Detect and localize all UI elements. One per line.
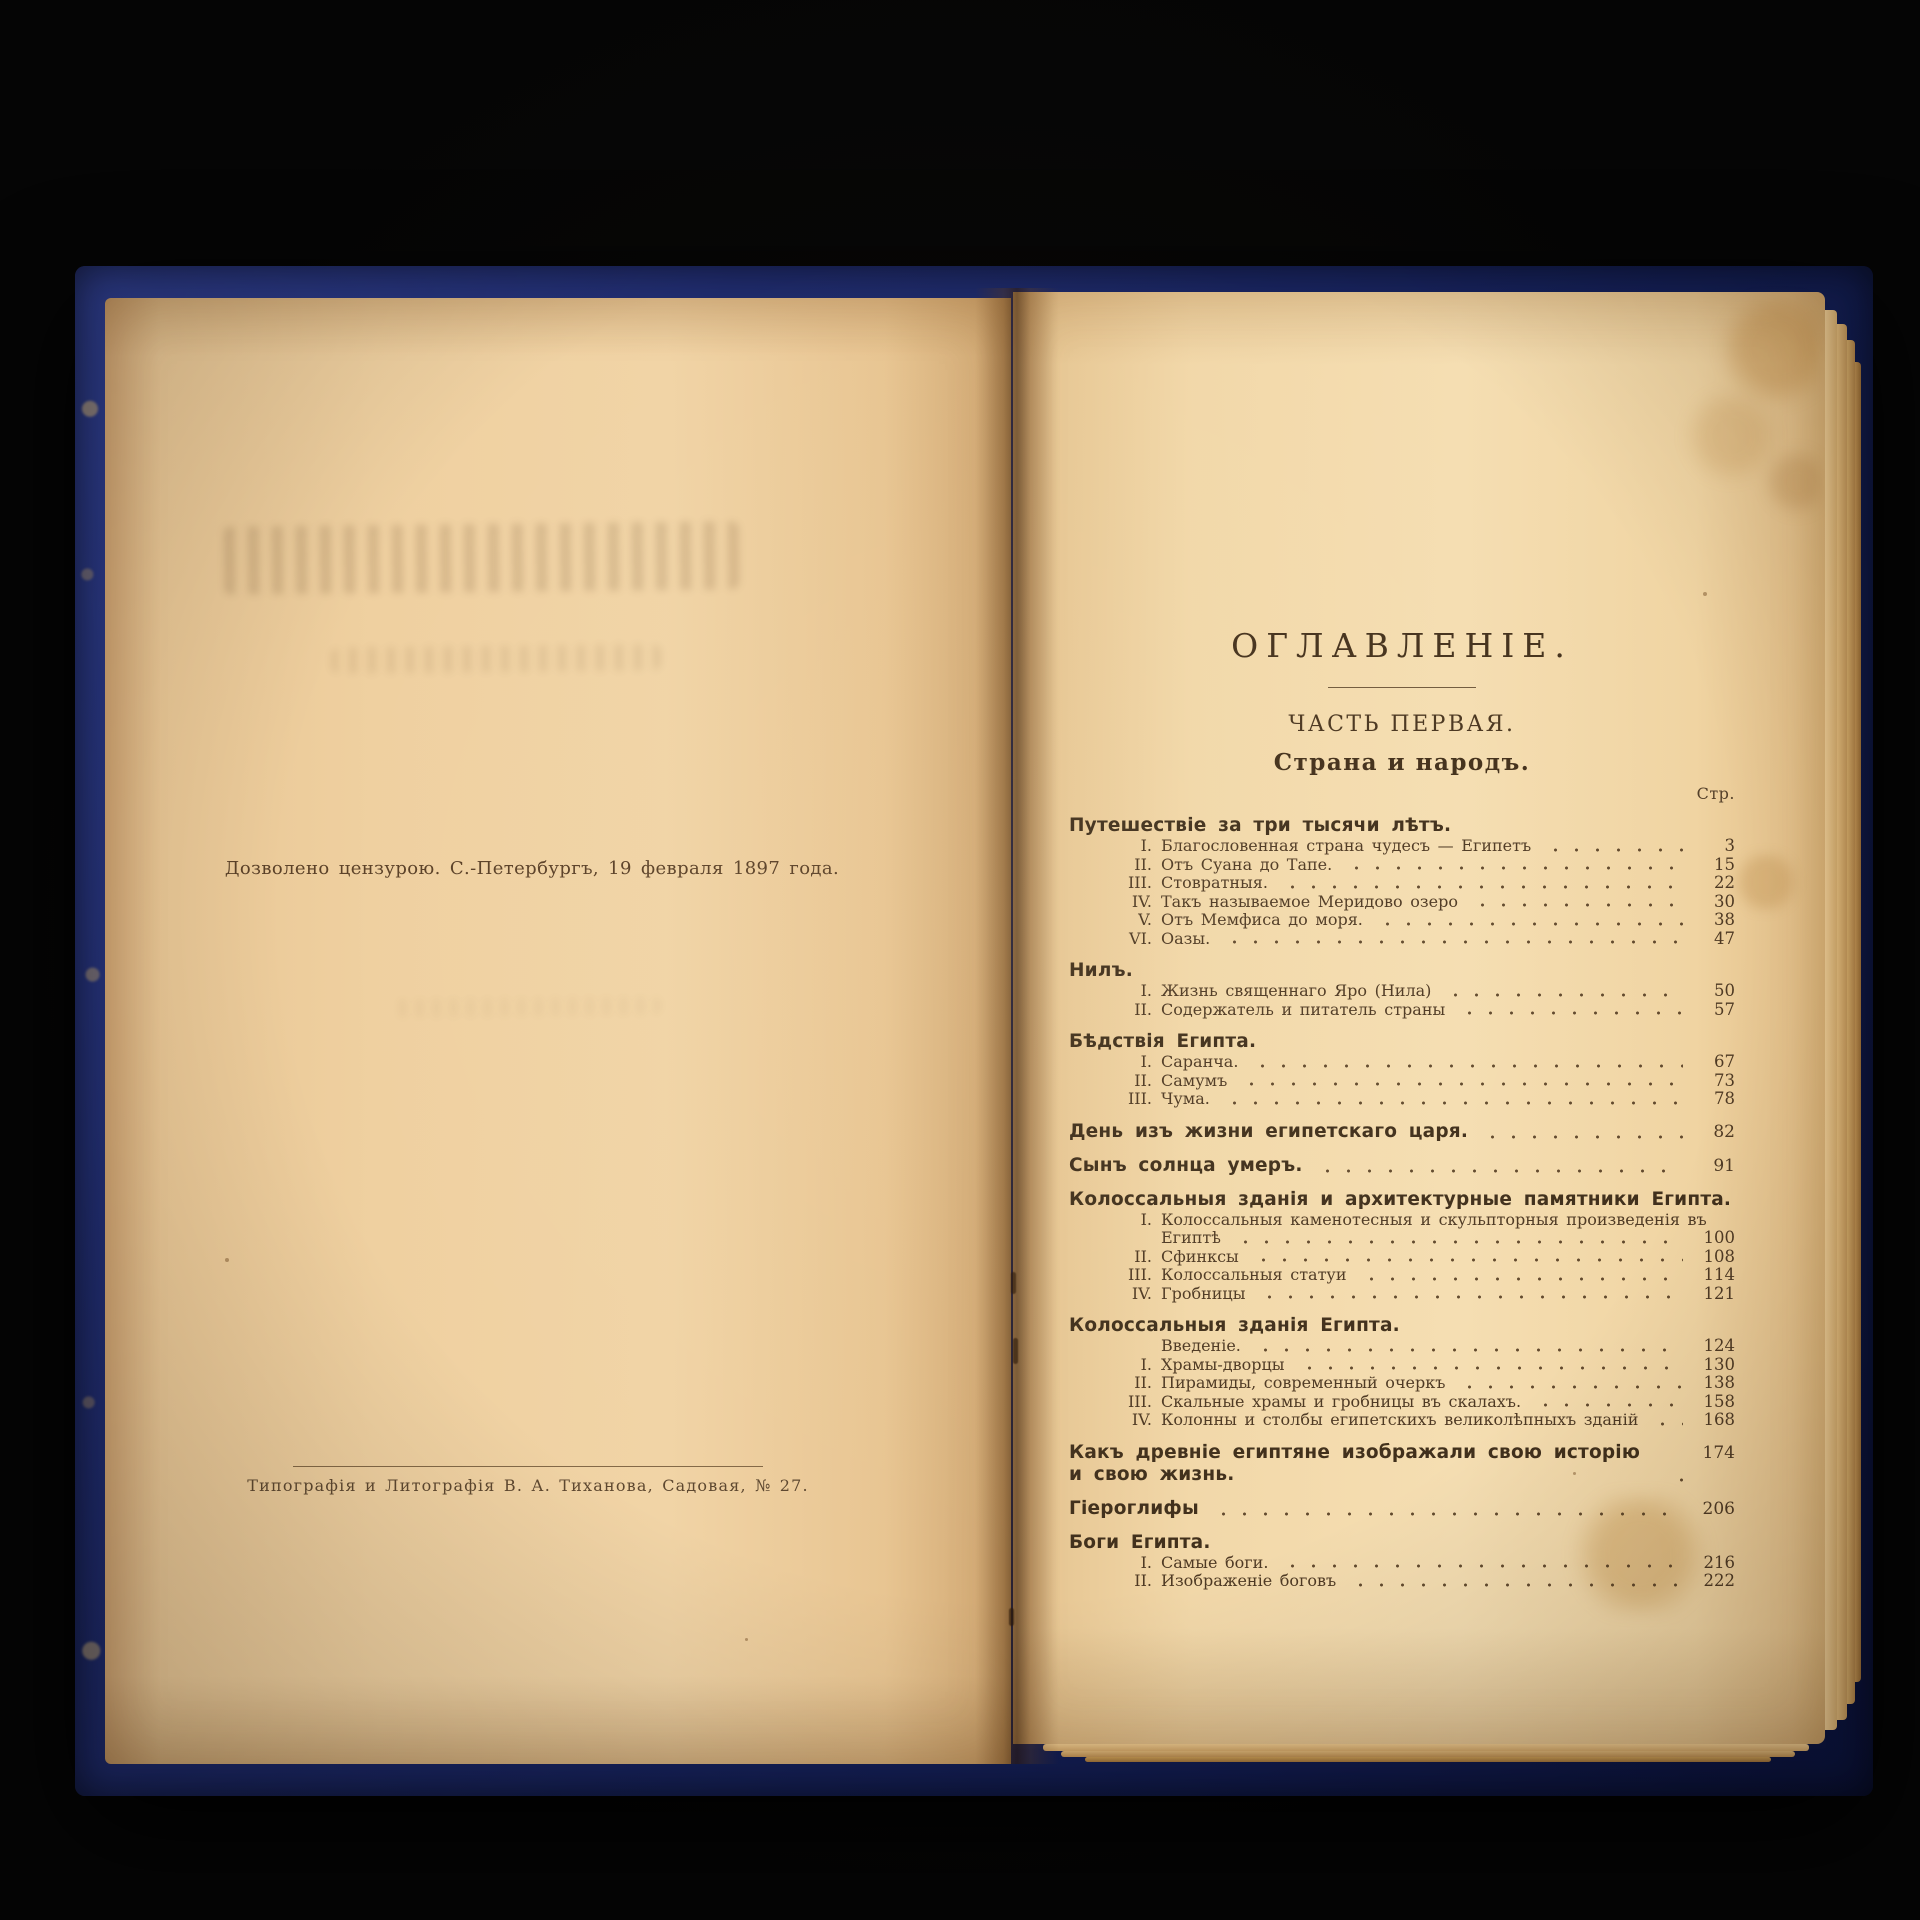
page-stack-right-edge: [1825, 310, 1863, 1730]
toc-heading-row: Гіероглифы206: [1069, 1498, 1735, 1520]
toc-heading-row: День изъ жизни египетскаго царя.82: [1069, 1121, 1735, 1143]
binding-stitch: [1009, 1608, 1014, 1626]
dot-leader: [1541, 847, 1683, 853]
toc-entry-numeral: V.: [1069, 911, 1161, 930]
toc-section: Колоссальныя зданія и архитектурные памя…: [1069, 1189, 1735, 1304]
toc-section-heading: Сынъ солнца умеръ.: [1069, 1155, 1303, 1177]
toc-entry: II.Сфинксы108: [1069, 1248, 1735, 1267]
toc-entry: II.Отъ Суана до Тапе.15: [1069, 856, 1735, 875]
toc-section: Нилъ.I.Жизнь священнаго Яро (Нила)50II.С…: [1069, 960, 1735, 1019]
toc-entry-continuation: Египтѣ100: [1069, 1229, 1735, 1248]
toc-page-number: 38: [1689, 911, 1735, 930]
toc-page-number: 158: [1689, 1393, 1735, 1412]
bleedthrough-subtitle: [331, 644, 661, 673]
toc-entry: I.Самые боги.216: [1069, 1554, 1735, 1573]
toc-entry-label: Такъ называемое Меридово озеро: [1161, 893, 1458, 912]
toc-entry-numeral: I.: [1069, 1554, 1161, 1573]
dot-leader: [1667, 1477, 1683, 1483]
toc-page-number: 78: [1689, 1090, 1735, 1109]
toc-sections: Путешествіе за три тысячи лѣтъ.I.Благосл…: [1069, 815, 1735, 1591]
dot-leader: [1313, 1168, 1683, 1174]
dot-leader: [1220, 939, 1683, 945]
imprint: Типографія и Литографія В. А. Тиханова, …: [105, 1466, 1011, 1495]
toc-entry-numeral: I.: [1069, 1211, 1161, 1230]
toc-entry-numeral: II.: [1069, 1374, 1161, 1393]
toc-entry: III.Чума.78: [1069, 1090, 1735, 1109]
toc-entry: Введеніе.124: [1069, 1337, 1735, 1356]
toc-entry-label: Скальные храмы и гробницы въ скалахъ.: [1161, 1393, 1521, 1412]
toc-entry: VI.Оазы.47: [1069, 930, 1735, 949]
toc-page-number: 108: [1689, 1248, 1735, 1267]
dot-leader: [1209, 1511, 1683, 1517]
toc-page-number: 222: [1689, 1572, 1735, 1591]
dot-leader: [1295, 1365, 1683, 1371]
toc-entry: II.Пирамиды, современный очеркъ138: [1069, 1374, 1735, 1393]
imprint-line: Типографія и Литографія В. А. Тиханова, …: [105, 1476, 951, 1495]
dot-leader: [1248, 1063, 1683, 1069]
toc-entry-numeral: III.: [1069, 874, 1161, 893]
photo-background: Дозволено цензурою. С.-Петербургъ, 19 фе…: [0, 0, 1920, 1920]
toc-entry-numeral: I.: [1069, 1053, 1161, 1072]
toc-entry-label: Жизнь священнаго Яро (Нила): [1161, 982, 1431, 1001]
toc-section-heading: Боги Египта.: [1069, 1532, 1735, 1554]
dot-leader: [1478, 1134, 1683, 1140]
toc-section-heading: Бѣдствія Египта.: [1069, 1031, 1735, 1053]
toc-section-heading: Какъ древніе египтяне изображали свою ис…: [1069, 1442, 1657, 1486]
toc-section: Боги Египта.I.Самые боги.216II.Изображен…: [1069, 1532, 1735, 1591]
toc-page-number: 57: [1689, 1001, 1735, 1020]
page-stack-bottom-edge: [1035, 1744, 1815, 1770]
toc-page-number: 130: [1689, 1356, 1735, 1375]
dot-leader: [1278, 884, 1683, 890]
toc-page-number: 82: [1689, 1122, 1735, 1142]
toc-page-number: 67: [1689, 1053, 1735, 1072]
toc-entry-numeral: III.: [1069, 1393, 1161, 1412]
toc-section: Путешествіе за три тысячи лѣтъ.I.Благосл…: [1069, 815, 1735, 948]
toc-section-heading: День изъ жизни египетскаго царя.: [1069, 1121, 1468, 1143]
toc-entry-numeral: II.: [1069, 1572, 1161, 1591]
dot-leader: [1237, 1081, 1683, 1087]
toc-entry-numeral: III.: [1069, 1266, 1161, 1285]
dot-leader: [1251, 1347, 1683, 1353]
dot-leader: [1373, 921, 1683, 927]
toc-section-heading: Нилъ.: [1069, 960, 1735, 982]
toc-entry: II.Самумъ73: [1069, 1072, 1735, 1091]
toc-page-number: 15: [1689, 856, 1735, 875]
toc-entry-label: Саранча.: [1161, 1053, 1238, 1072]
cover-wear-marks: [77, 326, 103, 1706]
dot-leader: [1455, 1384, 1683, 1390]
binding-stitch: [1013, 1338, 1018, 1364]
book: Дозволено цензурою. С.-Петербургъ, 19 фе…: [75, 266, 1873, 1796]
toc-entry-numeral: IV.: [1069, 1285, 1161, 1304]
toc-section: Колоссальныя зданія Египта.Введеніе.124I…: [1069, 1315, 1735, 1430]
page-speck: [745, 1638, 748, 1641]
dot-leader: [1346, 1582, 1683, 1588]
toc-entry-label: Колоссальныя каменотесныя и скульпторныя…: [1161, 1211, 1707, 1230]
toc-entry-label: Храмы-дворцы: [1161, 1356, 1285, 1375]
toc-page-number: 124: [1689, 1337, 1735, 1356]
toc-page-number: 138: [1689, 1374, 1735, 1393]
toc-section: Сынъ солнца умеръ.91: [1069, 1155, 1735, 1177]
page-speck: [1703, 592, 1707, 596]
toc-entry-numeral: I.: [1069, 837, 1161, 856]
table-of-contents: ОГЛАВЛЕНІЕ. ЧАСТЬ ПЕРВАЯ. Страна и народ…: [1069, 626, 1735, 1591]
toc-entry-label: Чума.: [1161, 1090, 1210, 1109]
toc-entry-label: Стовратныя.: [1161, 874, 1268, 893]
toc-page-number: 91: [1689, 1156, 1735, 1176]
toc-section: Бѣдствія Египта.I.Саранча.67II.Самумъ73I…: [1069, 1031, 1735, 1109]
toc-page-number: 168: [1689, 1411, 1735, 1430]
toc-page-number: 47: [1689, 930, 1735, 949]
toc-entry: III.Колоссальныя статуи114: [1069, 1266, 1735, 1285]
toc-section-heading: Путешествіе за три тысячи лѣтъ.: [1069, 815, 1735, 837]
dot-leader: [1357, 1276, 1683, 1282]
bleedthrough-line: [391, 997, 661, 1018]
toc-page-number: 174: [1689, 1443, 1735, 1463]
toc-entry-label: Сфинксы: [1161, 1248, 1239, 1267]
page-stain: [1621, 298, 1821, 528]
imprint-rule: [293, 1466, 763, 1467]
toc-entry-label: Самумъ: [1161, 1072, 1227, 1091]
toc-entry: II.Изображеніе боговъ222: [1069, 1572, 1735, 1591]
toc-entry-numeral: VI.: [1069, 930, 1161, 949]
toc-entry: IV.Такъ называемое Меридово озеро30: [1069, 893, 1735, 912]
toc-entry-label: Пирамиды, современный очеркъ: [1161, 1374, 1445, 1393]
page-stain: [1731, 852, 1801, 912]
toc-entry-numeral: IV.: [1069, 1411, 1161, 1430]
toc-section-heading: Колоссальныя зданія Египта.: [1069, 1315, 1735, 1337]
dot-leader: [1468, 902, 1683, 908]
toc-page-number: 50: [1689, 982, 1735, 1001]
part-subheading: Страна и народъ.: [1069, 749, 1735, 776]
toc-entry-label: Колонны и столбы египетскихъ великолѣпны…: [1161, 1411, 1638, 1430]
toc-entry: V.Отъ Мемфиса до моря.38: [1069, 911, 1735, 930]
toc-entry-numeral: II.: [1069, 1248, 1161, 1267]
toc-section: День изъ жизни египетскаго царя.82: [1069, 1121, 1735, 1143]
dot-leader: [1220, 1100, 1683, 1106]
toc-title: ОГЛАВЛЕНІЕ.: [1069, 626, 1735, 665]
toc-entry-label: Содержатель и питатель страны: [1161, 1001, 1445, 1020]
toc-entry-label: Введеніе.: [1161, 1337, 1241, 1356]
bleedthrough-title: [223, 521, 740, 594]
toc-entry-label: Отъ Мемфиса до моря.: [1161, 911, 1363, 930]
toc-entry: I.Храмы-дворцы130: [1069, 1356, 1735, 1375]
dot-leader: [1455, 1010, 1683, 1016]
dot-leader: [1249, 1257, 1683, 1263]
toc-entry-label: Благословенная страна чудесъ — Египетъ: [1161, 837, 1531, 856]
dot-leader: [1255, 1294, 1683, 1300]
toc-page-number: 100: [1689, 1229, 1735, 1248]
toc-entry-label: Оазы.: [1161, 930, 1210, 949]
title-divider-rule: [1328, 687, 1476, 688]
toc-page-number: 30: [1689, 893, 1735, 912]
part-heading: ЧАСТЬ ПЕРВАЯ.: [1069, 712, 1735, 737]
toc-section-heading: Колоссальныя зданія и архитектурные памя…: [1069, 1189, 1735, 1211]
toc-section: Какъ древніе египтяне изображали свою ис…: [1069, 1442, 1735, 1486]
dot-leader: [1531, 1402, 1683, 1408]
censor-line: Дозволено цензурою. С.-Петербургъ, 19 фе…: [105, 858, 1011, 879]
toc-section: Гіероглифы206: [1069, 1498, 1735, 1520]
toc-entry-label: Изображеніе боговъ: [1161, 1572, 1336, 1591]
toc-heading-row: Сынъ солнца умеръ.91: [1069, 1155, 1735, 1177]
toc-entry-label: Самые боги.: [1161, 1554, 1268, 1573]
toc-page-number: 22: [1689, 874, 1735, 893]
toc-entry-label: Гробницы: [1161, 1285, 1245, 1304]
binding-stitch: [1011, 1272, 1016, 1294]
toc-entry: I.Жизнь священнаго Яро (Нила)50: [1069, 982, 1735, 1001]
toc-entry-numeral: II.: [1069, 1001, 1161, 1020]
toc-entry: II.Содержатель и питатель страны57: [1069, 1001, 1735, 1020]
toc-entry-numeral: I.: [1069, 982, 1161, 1001]
toc-entry-label: Колоссальныя статуи: [1161, 1266, 1347, 1285]
toc-entry: I.Колоссальныя каменотесныя и скульпторн…: [1069, 1211, 1735, 1230]
toc-entry: IV.Колонны и столбы египетскихъ великолѣ…: [1069, 1411, 1735, 1430]
toc-entry-numeral: III.: [1069, 1090, 1161, 1109]
toc-entry-label: Египтѣ: [1161, 1229, 1221, 1248]
dot-leader: [1648, 1421, 1683, 1427]
toc-section-heading: Гіероглифы: [1069, 1498, 1199, 1520]
right-page: ОГЛАВЛЕНІЕ. ЧАСТЬ ПЕРВАЯ. Страна и народ…: [1013, 292, 1825, 1744]
toc-entry-numeral: I.: [1069, 1356, 1161, 1375]
toc-page-number: 114: [1689, 1266, 1735, 1285]
toc-entry-numeral: II.: [1069, 1072, 1161, 1091]
toc-entry-label: Отъ Суана до Тапе.: [1161, 856, 1332, 875]
toc-page-number: 121: [1689, 1285, 1735, 1304]
toc-entry: I.Благословенная страна чудесъ — Египетъ…: [1069, 837, 1735, 856]
toc-entry: IV.Гробницы121: [1069, 1285, 1735, 1304]
dot-leader: [1342, 865, 1683, 871]
left-page: Дозволено цензурою. С.-Петербургъ, 19 фе…: [105, 298, 1011, 1764]
toc-heading-row: Какъ древніе египтяне изображали свою ис…: [1069, 1442, 1735, 1486]
toc-page-number: 3: [1689, 837, 1735, 856]
dot-leader: [1278, 1563, 1683, 1569]
toc-page-number: 216: [1689, 1554, 1735, 1573]
toc-entry: III.Скальные храмы и гробницы въ скалахъ…: [1069, 1393, 1735, 1412]
dot-leader: [1231, 1239, 1683, 1245]
dot-leader: [1441, 992, 1683, 998]
toc-entry-numeral: IV.: [1069, 893, 1161, 912]
toc-page-number: 73: [1689, 1072, 1735, 1091]
toc-page-number: 206: [1689, 1499, 1735, 1519]
toc-entry: I.Саранча.67: [1069, 1053, 1735, 1072]
page-column-label: Стр.: [1069, 784, 1735, 803]
toc-entry-numeral: II.: [1069, 856, 1161, 875]
toc-entry: III.Стовратныя.22: [1069, 874, 1735, 893]
page-speck: [225, 1258, 229, 1262]
